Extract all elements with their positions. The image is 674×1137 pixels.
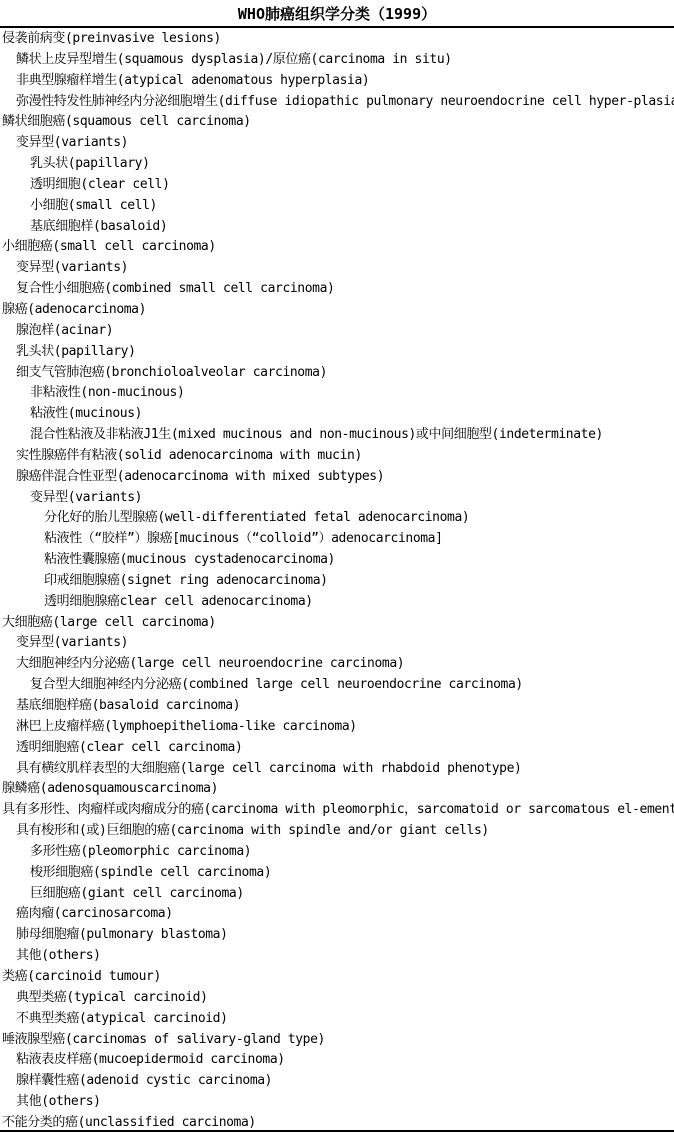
classification-line: 透明细胞腺癌clear cell adenocarcinoma) [0,592,674,613]
classification-line: 印戒细胞腺癌(signet ring adenocarcinoma) [0,571,674,592]
classification-line: 基底细胞样(basaloid) [0,217,674,238]
classification-line: 大细胞神经内分泌癌(large cell neuroendocrine carc… [0,654,674,675]
classification-line: 细支气管肺泡癌(bronchioloalveolar carcinoma) [0,363,674,384]
classification-line: 侵袭前病变(preinvasive lesions) [0,29,674,50]
classification-line: 腺样囊性癌(adenoid cystic carcinoma) [0,1071,674,1092]
classification-line: 透明细胞(clear cell) [0,175,674,196]
classification-line: 复合型大细胞神经内分泌癌(combined large cell neuroen… [0,675,674,696]
classification-line: 腺鳞癌(adenosquamouscarcinoma) [0,779,674,800]
classification-line: 鳞状上皮异型增生(squamous dysplasia)/原位癌(carcino… [0,50,674,71]
classification-line: 复合性小细胞癌(combined small cell carcinoma) [0,279,674,300]
classification-line: 其他(others) [0,946,674,967]
classification-line: 弥漫性特发性肺神经内分泌细胞增生(diffuse idiopathic pulm… [0,92,674,113]
bottom-rule [0,1130,674,1132]
document-page: WHO肺癌组织学分类（1999） 侵袭前病变(preinvasive lesio… [0,0,674,1137]
classification-line: 唾液腺型癌(carcinomas of salivary-gland type) [0,1030,674,1051]
classification-line: 巨细胞癌(giant cell carcinoma) [0,884,674,905]
classification-line: 小细胞癌(small cell carcinoma) [0,237,674,258]
classification-line: 变异型(variants) [0,633,674,654]
classification-line: 腺泡样(acinar) [0,321,674,342]
classification-line: 实性腺癌伴有粘液(solid adenocarcinoma with mucin… [0,446,674,467]
classification-line: 变异型(variants) [0,258,674,279]
classification-line: 透明细胞癌(clear cell carcinoma) [0,738,674,759]
classification-line: 腺癌伴混合性亚型(adenocarcinoma with mixed subty… [0,467,674,488]
classification-line: 变异型(variants) [0,133,674,154]
classification-line: 类癌(carcinoid tumour) [0,967,674,988]
classification-line: 具有横纹肌样表型的大细胞癌(large cell carcinoma with … [0,759,674,780]
classification-line: 乳头状(papillary) [0,154,674,175]
classification-line: 具有多形性、肉瘤样或肉瘤成分的癌(carcinoma with pleomorp… [0,800,674,821]
classification-line: 肺母细胞瘤(pulmonary blastoma) [0,925,674,946]
classification-line: 非典型腺瘤样增生(atypical adenomatous hyperplasi… [0,71,674,92]
classification-line: 梭形细胞癌(spindle cell carcinoma) [0,863,674,884]
classification-line: 非粘液性(non-mucinous) [0,383,674,404]
classification-line: 腺癌(adenocarcinoma) [0,300,674,321]
classification-line: 淋巴上皮瘤样癌(lymphoepithelioma-like carcinoma… [0,717,674,738]
classification-line: 粘液性(mucinous) [0,404,674,425]
classification-line: 其他(others) [0,1092,674,1113]
classification-list: 侵袭前病变(preinvasive lesions)鳞状上皮异型增生(squam… [0,28,674,1134]
classification-line: 具有梭形和(或)巨细胞的癌(carcinoma with spindle and… [0,821,674,842]
classification-line: 变异型(variants) [0,488,674,509]
classification-line: 分化好的胎儿型腺癌(well-differentiated fetal aden… [0,508,674,529]
classification-line: 乳头状(papillary) [0,342,674,363]
classification-line: 小细胞(small cell) [0,196,674,217]
classification-line: 粘液表皮样癌(mucoepidermoid carcinoma) [0,1050,674,1071]
classification-line: 粘液性（“胶样”）腺癌[mucinous（“colloid”）adenocarc… [0,529,674,550]
classification-line: 鳞状细胞癌(squamous cell carcinoma) [0,112,674,133]
classification-line: 多形性癌(pleomorphic carcinoma) [0,842,674,863]
page-title: WHO肺癌组织学分类（1999） [0,0,674,26]
classification-line: 基底细胞样癌(basaloid carcinoma) [0,696,674,717]
classification-line: 癌肉瘤(carcinosarcoma) [0,904,674,925]
classification-line: 典型类癌(typical carcinoid) [0,988,674,1009]
classification-line: 大细胞癌(large cell carcinoma) [0,613,674,634]
classification-line: 粘液性囊腺癌(mucinous cystadenocarcinoma) [0,550,674,571]
classification-line: 混合性粘液及非粘液J1生(mixed mucinous and non-muci… [0,425,674,446]
classification-line: 不典型类癌(atypical carcinoid) [0,1009,674,1030]
